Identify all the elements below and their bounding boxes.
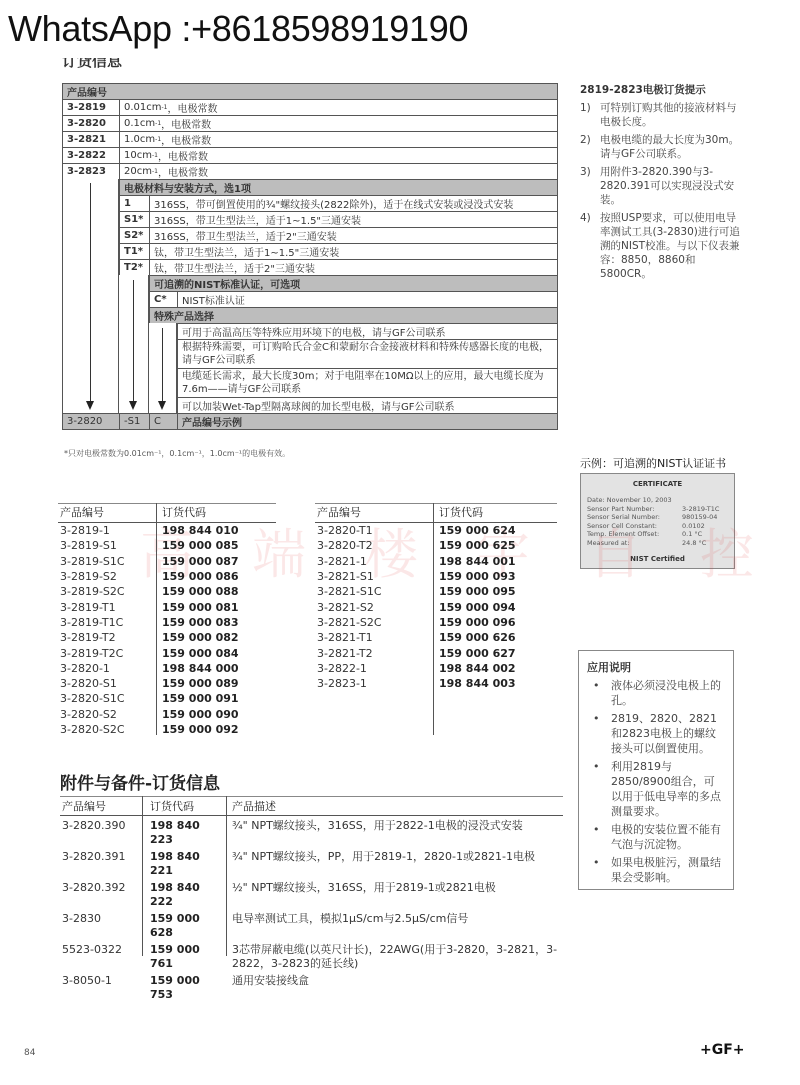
order-code: 159 000 091 — [156, 692, 239, 705]
table-row: 3-2823-1198 844 003 — [315, 676, 557, 691]
part-number: 3-8050-1 — [60, 974, 142, 988]
column-divider — [226, 796, 227, 956]
arrow-down-icon — [129, 401, 137, 410]
accessories-header: 产品编号 订货代码 产品描述 — [60, 796, 563, 816]
table-rule — [58, 503, 276, 504]
table-row: 3-2819-S2159 000 086 — [58, 569, 276, 584]
certificate-field: Measured at:24.8 °C — [587, 539, 728, 548]
part-number: 3-2820.392 — [60, 881, 142, 895]
hint-item: 2)电极电缆的最大长度为30m。请与GF公司联系。 — [580, 133, 740, 161]
whatsapp-banner: WhatsApp :+8618598919190 — [8, 8, 468, 50]
table-rule — [315, 503, 557, 504]
arrow-line — [133, 280, 134, 403]
part-number: 3-2830 — [60, 912, 142, 926]
table-row: 3-2821-T1159 000 626 — [315, 630, 557, 645]
order-code: 159 000 625 — [433, 539, 516, 552]
order-code: 159 000 753 — [142, 974, 226, 1002]
table-row: 3-2821-S2C159 000 096 — [315, 615, 557, 630]
part-number: 3-2820.390 — [60, 819, 142, 833]
part-number: 3-2821-T2 — [315, 647, 433, 660]
table-row: 3-2820-1198 844 000 — [58, 661, 276, 676]
order-code: 198 844 000 — [156, 662, 239, 675]
order-code: 159 000 626 — [433, 631, 516, 644]
table-row: 3-2820-T2159 000 625 — [315, 538, 557, 553]
order-code: 198 844 002 — [433, 662, 516, 675]
bullet-icon: • — [587, 822, 611, 852]
arrow-line — [162, 328, 163, 403]
accessory-row: 3-2830159 000 628电导率测试工具，模拟1μS/cm与2.5μS/… — [60, 909, 563, 940]
order-code: 198 844 010 — [156, 524, 239, 537]
certificate-title: CERTIFICATE — [587, 480, 728, 488]
order-code: 159 000 083 — [156, 616, 239, 629]
part-number: 3-2821-1 — [315, 555, 433, 568]
part-number: 3-2820-1 — [58, 662, 156, 675]
order-code: 198 840 222 — [142, 881, 226, 909]
description: 通用安装接线盒 — [226, 974, 563, 988]
accessory-row: 3-8050-1159 000 753通用安装接线盒 — [60, 971, 563, 1002]
accessory-row: 3-2820.392198 840 222½" NPT螺纹接头，316SS，用于… — [60, 878, 563, 909]
order-code: 159 000 085 — [156, 539, 239, 552]
part-number: 3-2820-T2 — [315, 539, 433, 552]
note-item: •如果电极脏污，测量结果会受影响。 — [587, 855, 725, 885]
table-row: 3-2819-S2C159 000 088 — [58, 584, 276, 599]
part-number: 3-2821-S1C — [315, 585, 433, 598]
table-row: 3-2821-S1C159 000 095 — [315, 584, 557, 599]
order-code: 159 000 089 — [156, 677, 239, 690]
order-code: 159 000 094 — [433, 601, 516, 614]
order-code: 159 000 084 — [156, 647, 239, 660]
accessory-row: 3-2820.390198 840 223¾" NPT螺纹接头，316SS，用于… — [60, 816, 563, 847]
certificate-image: CERTIFICATE Date: November 10, 2003 Sens… — [580, 473, 735, 569]
table-row: 3-2820-S1159 000 089 — [58, 676, 276, 691]
table-row: 3-2821-S2159 000 094 — [315, 599, 557, 614]
table-row: 3-2820-S1C159 000 091 — [58, 691, 276, 706]
table-row: 3-2819-T1159 000 081 — [58, 599, 276, 614]
description: ½" NPT螺纹接头，316SS，用于2819-1或2821电极 — [226, 881, 563, 895]
hints-title: 2819-2823电极订货提示 — [580, 82, 740, 97]
notes-title: 应用说明 — [587, 659, 725, 675]
part-number: 3-2821-T1 — [315, 631, 433, 644]
section-title: 订货信息 — [62, 58, 122, 70]
table-row: 3-2820-T1159 000 624 — [315, 523, 557, 538]
order-code: 159 000 628 — [142, 912, 226, 940]
part-number: 3-2823-1 — [315, 677, 433, 690]
bullet-icon: • — [587, 711, 611, 756]
gf-logo: +GF+ — [700, 1042, 745, 1058]
part-number: 3-2821-S2C — [315, 616, 433, 629]
arrow-down-icon — [86, 401, 94, 410]
column-divider — [433, 503, 434, 735]
order-table-header: 产品编号 订货代码 — [315, 505, 557, 523]
order-code: 159 000 627 — [433, 647, 516, 660]
part-number: 3-2821-S2 — [315, 601, 433, 614]
bullet-icon: • — [587, 759, 611, 819]
part-number: 3-2819-S1C — [58, 555, 156, 568]
arrow-line — [90, 183, 91, 403]
part-number: 3-2819-T1C — [58, 616, 156, 629]
nist-column-outline — [149, 323, 177, 413]
config-footnote: *只对电极常数为0.01cm⁻¹，0.1cm⁻¹，1.0cm⁻¹的电极有效。 — [64, 448, 290, 459]
part-number: 3-2820-S1 — [58, 677, 156, 690]
accessories-table: 产品编号 订货代码 产品描述 3-2820.390198 840 223¾" N… — [60, 796, 563, 1002]
note-item: •利用2819与2850/8900组合，可以用于低电导率的多点测量要求。 — [587, 759, 725, 819]
description: ¾" NPT螺纹接头，PP，用于2819-1，2820-1或2821-1电极 — [226, 850, 563, 864]
order-code: 159 000 096 — [433, 616, 516, 629]
order-code: 198 840 221 — [142, 850, 226, 878]
hint-item: 3)用附件3-2820.390与3-2820.391可以实现浸没式安装。 — [580, 165, 740, 207]
part-number: 5523-0322 — [60, 943, 142, 957]
certificate-field: Sensor Cell Constant:0.0102 — [587, 522, 728, 531]
part-number: 3-2819-S2 — [58, 570, 156, 583]
accessory-row: 5523-0322159 000 7613芯带屏蔽电缆(以英尺计长)，22AWG… — [60, 940, 563, 971]
description: ¾" NPT螺纹接头，316SS，用于2822-1电极的浸没式安装 — [226, 819, 563, 833]
part-number: 3-2822-1 — [315, 662, 433, 675]
order-code: 159 000 090 — [156, 708, 239, 721]
part-number: 3-2820-T1 — [315, 524, 433, 537]
table-row: 3-2819-S1159 000 085 — [58, 538, 276, 553]
certificate-footer: NIST Certified — [587, 555, 728, 563]
table-row: 3-2820-S2159 000 090 — [58, 707, 276, 722]
hint-item: 1)可特别订购其他的接液材料与电极长度。 — [580, 101, 740, 129]
order-table-header: 产品编号 订货代码 — [58, 505, 276, 523]
table-row: 3-2819-T2159 000 082 — [58, 630, 276, 645]
bullet-icon: • — [587, 678, 611, 708]
order-code: 159 000 624 — [433, 524, 516, 537]
part-number: 3-2819-S1 — [58, 539, 156, 552]
table-row: 3-2819-T1C159 000 083 — [58, 615, 276, 630]
part-number: 3-2820-S1C — [58, 692, 156, 705]
part-number: 3-2819-T2C — [58, 647, 156, 660]
table-row: 3-2819-S1C159 000 087 — [58, 554, 276, 569]
order-table-left: 产品编号 订货代码 3-2819-1198 844 0103-2819-S115… — [58, 505, 276, 737]
part-number: 3-2819-S2C — [58, 585, 156, 598]
part-number: 3-2819-T1 — [58, 601, 156, 614]
part-number: 3-2820.391 — [60, 850, 142, 864]
table-row: 3-2820-S2C159 000 092 — [58, 722, 276, 737]
material-column-outline — [119, 275, 149, 413]
order-code: 198 844 001 — [433, 555, 516, 568]
part-number: 3-2821-S1 — [315, 570, 433, 583]
table-row: 3-2821-T2159 000 627 — [315, 645, 557, 660]
page-number: 84 — [24, 1048, 35, 1058]
certificate-date: Date: November 10, 2003 — [587, 496, 728, 505]
order-code: 159 000 092 — [156, 723, 239, 736]
note-item: •2819、2820、2821和2823电极上的螺纹接头可以倒置使用。 — [587, 711, 725, 756]
hint-item: 4)按照USP要求，可以使用电导率测试工具(3-2830)进行可追溯的NIST校… — [580, 211, 740, 281]
arrow-down-icon — [158, 401, 166, 410]
description: 3芯带屏蔽电缆(以英尺计长)，22AWG(用于3-2820，3-2821，3-2… — [226, 943, 563, 971]
order-code: 159 000 086 — [156, 570, 239, 583]
table-row: 3-2819-1198 844 010 — [58, 523, 276, 538]
column-divider — [142, 796, 143, 956]
order-code: 159 000 761 — [142, 943, 226, 971]
certificate-field: Temp. Element Offset:0.1 °C — [587, 530, 728, 539]
table-row: 3-2822-1198 844 002 — [315, 661, 557, 676]
note-item: •液体必须浸没电极上的孔。 — [587, 678, 725, 708]
part-number: 3-2820-S2C — [58, 723, 156, 736]
description: 电导率测试工具，模拟1μS/cm与2.5μS/cm信号 — [226, 912, 563, 926]
note-item: •电极的安装位置不能有气泡与沉淀物。 — [587, 822, 725, 852]
application-notes: 应用说明 •液体必须浸没电极上的孔。•2819、2820、2821和2823电极… — [578, 650, 734, 890]
part-number: 3-2819-T2 — [58, 631, 156, 644]
column-divider — [156, 503, 157, 735]
order-code: 159 000 081 — [156, 601, 239, 614]
order-code: 159 000 082 — [156, 631, 239, 644]
table-row: 3-2821-1198 844 001 — [315, 554, 557, 569]
certificate-field: Sensor Serial Number:980159-04 — [587, 513, 728, 522]
table-row: 3-2819-T2C159 000 084 — [58, 645, 276, 660]
bullet-icon: • — [587, 855, 611, 885]
part-number: 3-2820-S2 — [58, 708, 156, 721]
order-code: 159 000 095 — [433, 585, 516, 598]
ordering-hints: 2819-2823电极订货提示 1)可特别订购其他的接液材料与电极长度。 2)电… — [580, 82, 740, 285]
order-code: 159 000 087 — [156, 555, 239, 568]
accessories-title: 附件与备件-订货信息 — [60, 769, 220, 794]
order-code: 198 844 003 — [433, 677, 516, 690]
accessory-row: 3-2820.391198 840 221¾" NPT螺纹接头，PP，用于281… — [60, 847, 563, 878]
order-code: 159 000 088 — [156, 585, 239, 598]
certificate-field: Sensor Part Number:3-2819-T1C — [587, 505, 728, 514]
order-code: 159 000 093 — [433, 570, 516, 583]
order-code: 198 840 223 — [142, 819, 226, 847]
table-row: 3-2821-S1159 000 093 — [315, 569, 557, 584]
part-number: 3-2819-1 — [58, 524, 156, 537]
order-table-right: 产品编号 订货代码 3-2820-T1159 000 6243-2820-T21… — [315, 505, 557, 691]
certificate-caption: 示例：可追溯的NIST认证证书 — [580, 455, 726, 471]
